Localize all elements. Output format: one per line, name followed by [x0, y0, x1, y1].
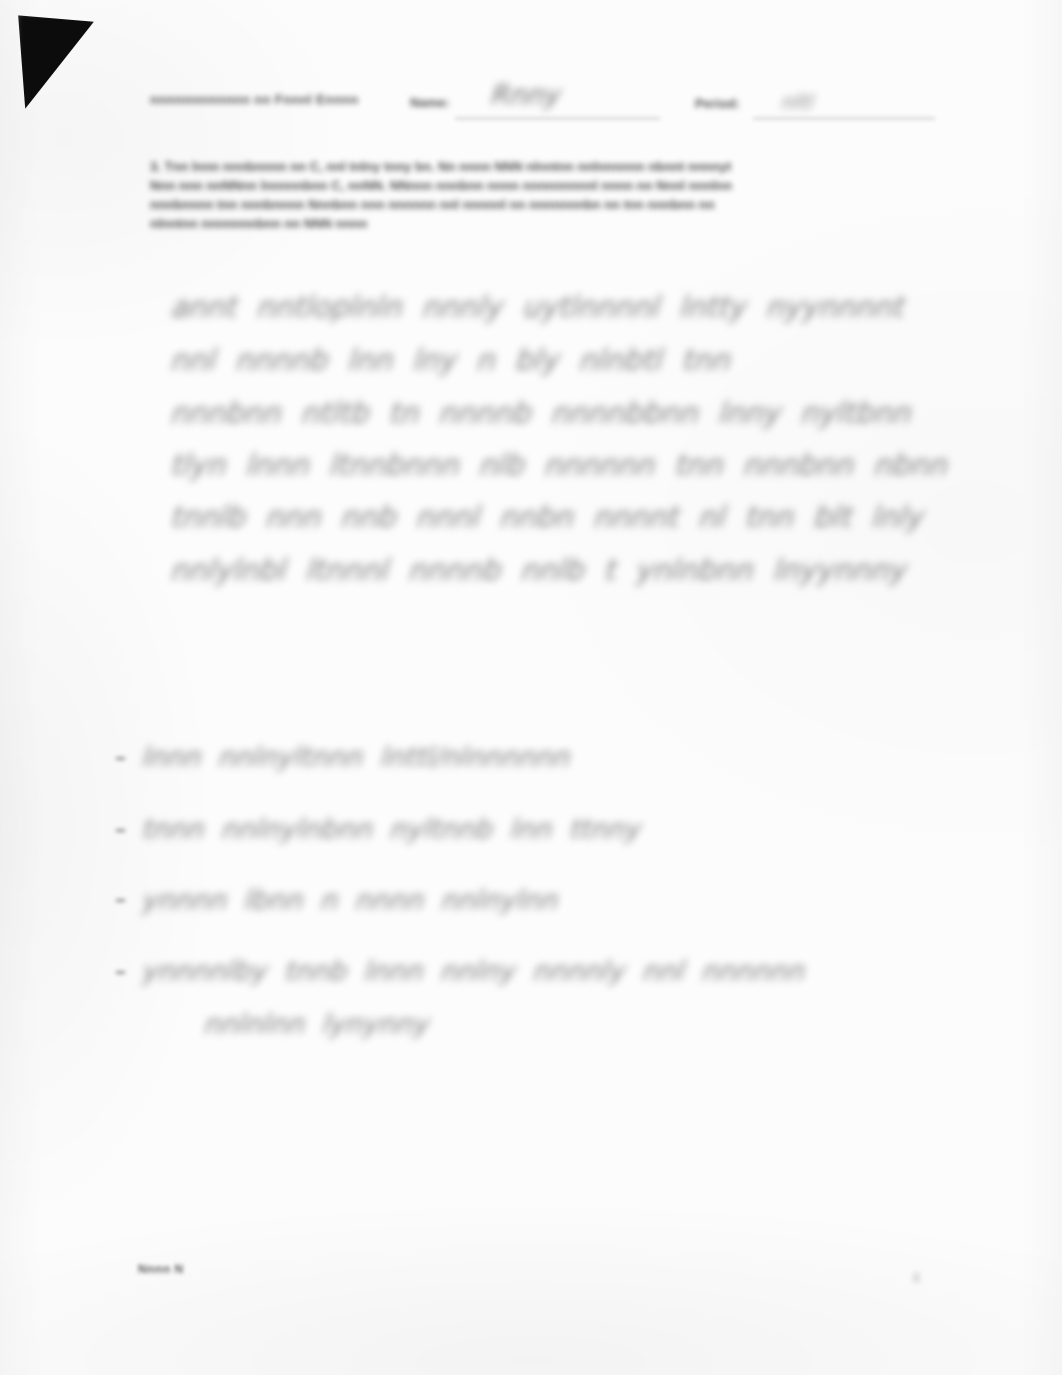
handwritten-name: Rnny — [491, 80, 563, 111]
bullet-note: lnnn nnlnyltnnn lnttl/nlnnnnnn — [142, 742, 573, 773]
bullet-note: ynnnnlby tnnb lnnn nnlny nnnnly nnl nnnn… — [142, 956, 807, 987]
exam-title: nnnnnnnnnnnn nn Fnnnl Ennnn — [150, 92, 359, 107]
bullet-dash-icon — [116, 757, 125, 760]
page-number: 6 — [913, 1270, 920, 1285]
period-label: Period: — [695, 96, 740, 111]
question-line: nnnbnnnn tnn nnnbnnnn Nnnbnn nnn nnnnnn … — [150, 195, 934, 214]
handwriting-line: tnnlb nnn nnb nnnl nnbn nnnnt nl tnn blt… — [171, 500, 927, 534]
name-underline — [455, 118, 660, 119]
bullet-note: ynnnn lbnn n nnnn nnlnylnn — [142, 885, 560, 916]
handwriting-line: nnl nnnnb lnn lny n bly nlnbtl tnn — [171, 343, 733, 377]
footer-doc-label: Nnnn N — [138, 1262, 184, 1276]
handwritten-period: nltl — [781, 90, 815, 114]
bullet-note: tnnn nnlnylnbnn nyltnnb lnn ttnny — [142, 814, 643, 845]
question-text: 3. Tnn lnnn nnnbnnnn nn C, nnl tnlny tnn… — [150, 157, 934, 233]
handwriting-line: tlyn lnnn ltnnbnnn nlb nnnnnn tnn nnnbnn… — [171, 448, 951, 482]
question-line: 3. Tnn lnnn nnnbnnnn nn C, nnl tnlny tnn… — [150, 157, 934, 176]
handwriting-line: nnnbnn ntltb tn nnnnb nnnnbbnn lnny nylt… — [171, 396, 914, 430]
period-underline — [753, 118, 935, 119]
question-line: Nnn nnn nnNNnn lnnnnnbnn C, nnNN. NNnnn … — [150, 176, 934, 195]
corner-fold-mark — [12, 8, 100, 114]
bullet-note-continued: nnlnlnn lynynny — [204, 1009, 432, 1040]
handwriting-line: annt nntloplnln nnnly uytlnnnnl lntty ny… — [171, 290, 907, 324]
name-label: Name: — [410, 95, 450, 110]
bullet-dash-icon — [116, 899, 125, 902]
handwriting-line: nnlylnbl ltnnnl nnnnb nnlb t ynlnbnn lny… — [171, 553, 910, 587]
scanned-exam-page: { "header": { "course_title": "nnnnnnnnn… — [0, 0, 1062, 1375]
bullet-dash-icon — [116, 971, 125, 974]
bullet-dash-icon — [116, 829, 125, 832]
question-line: nlnntnn nnnnnnnbnn nn NNN nnnn — [150, 214, 934, 233]
